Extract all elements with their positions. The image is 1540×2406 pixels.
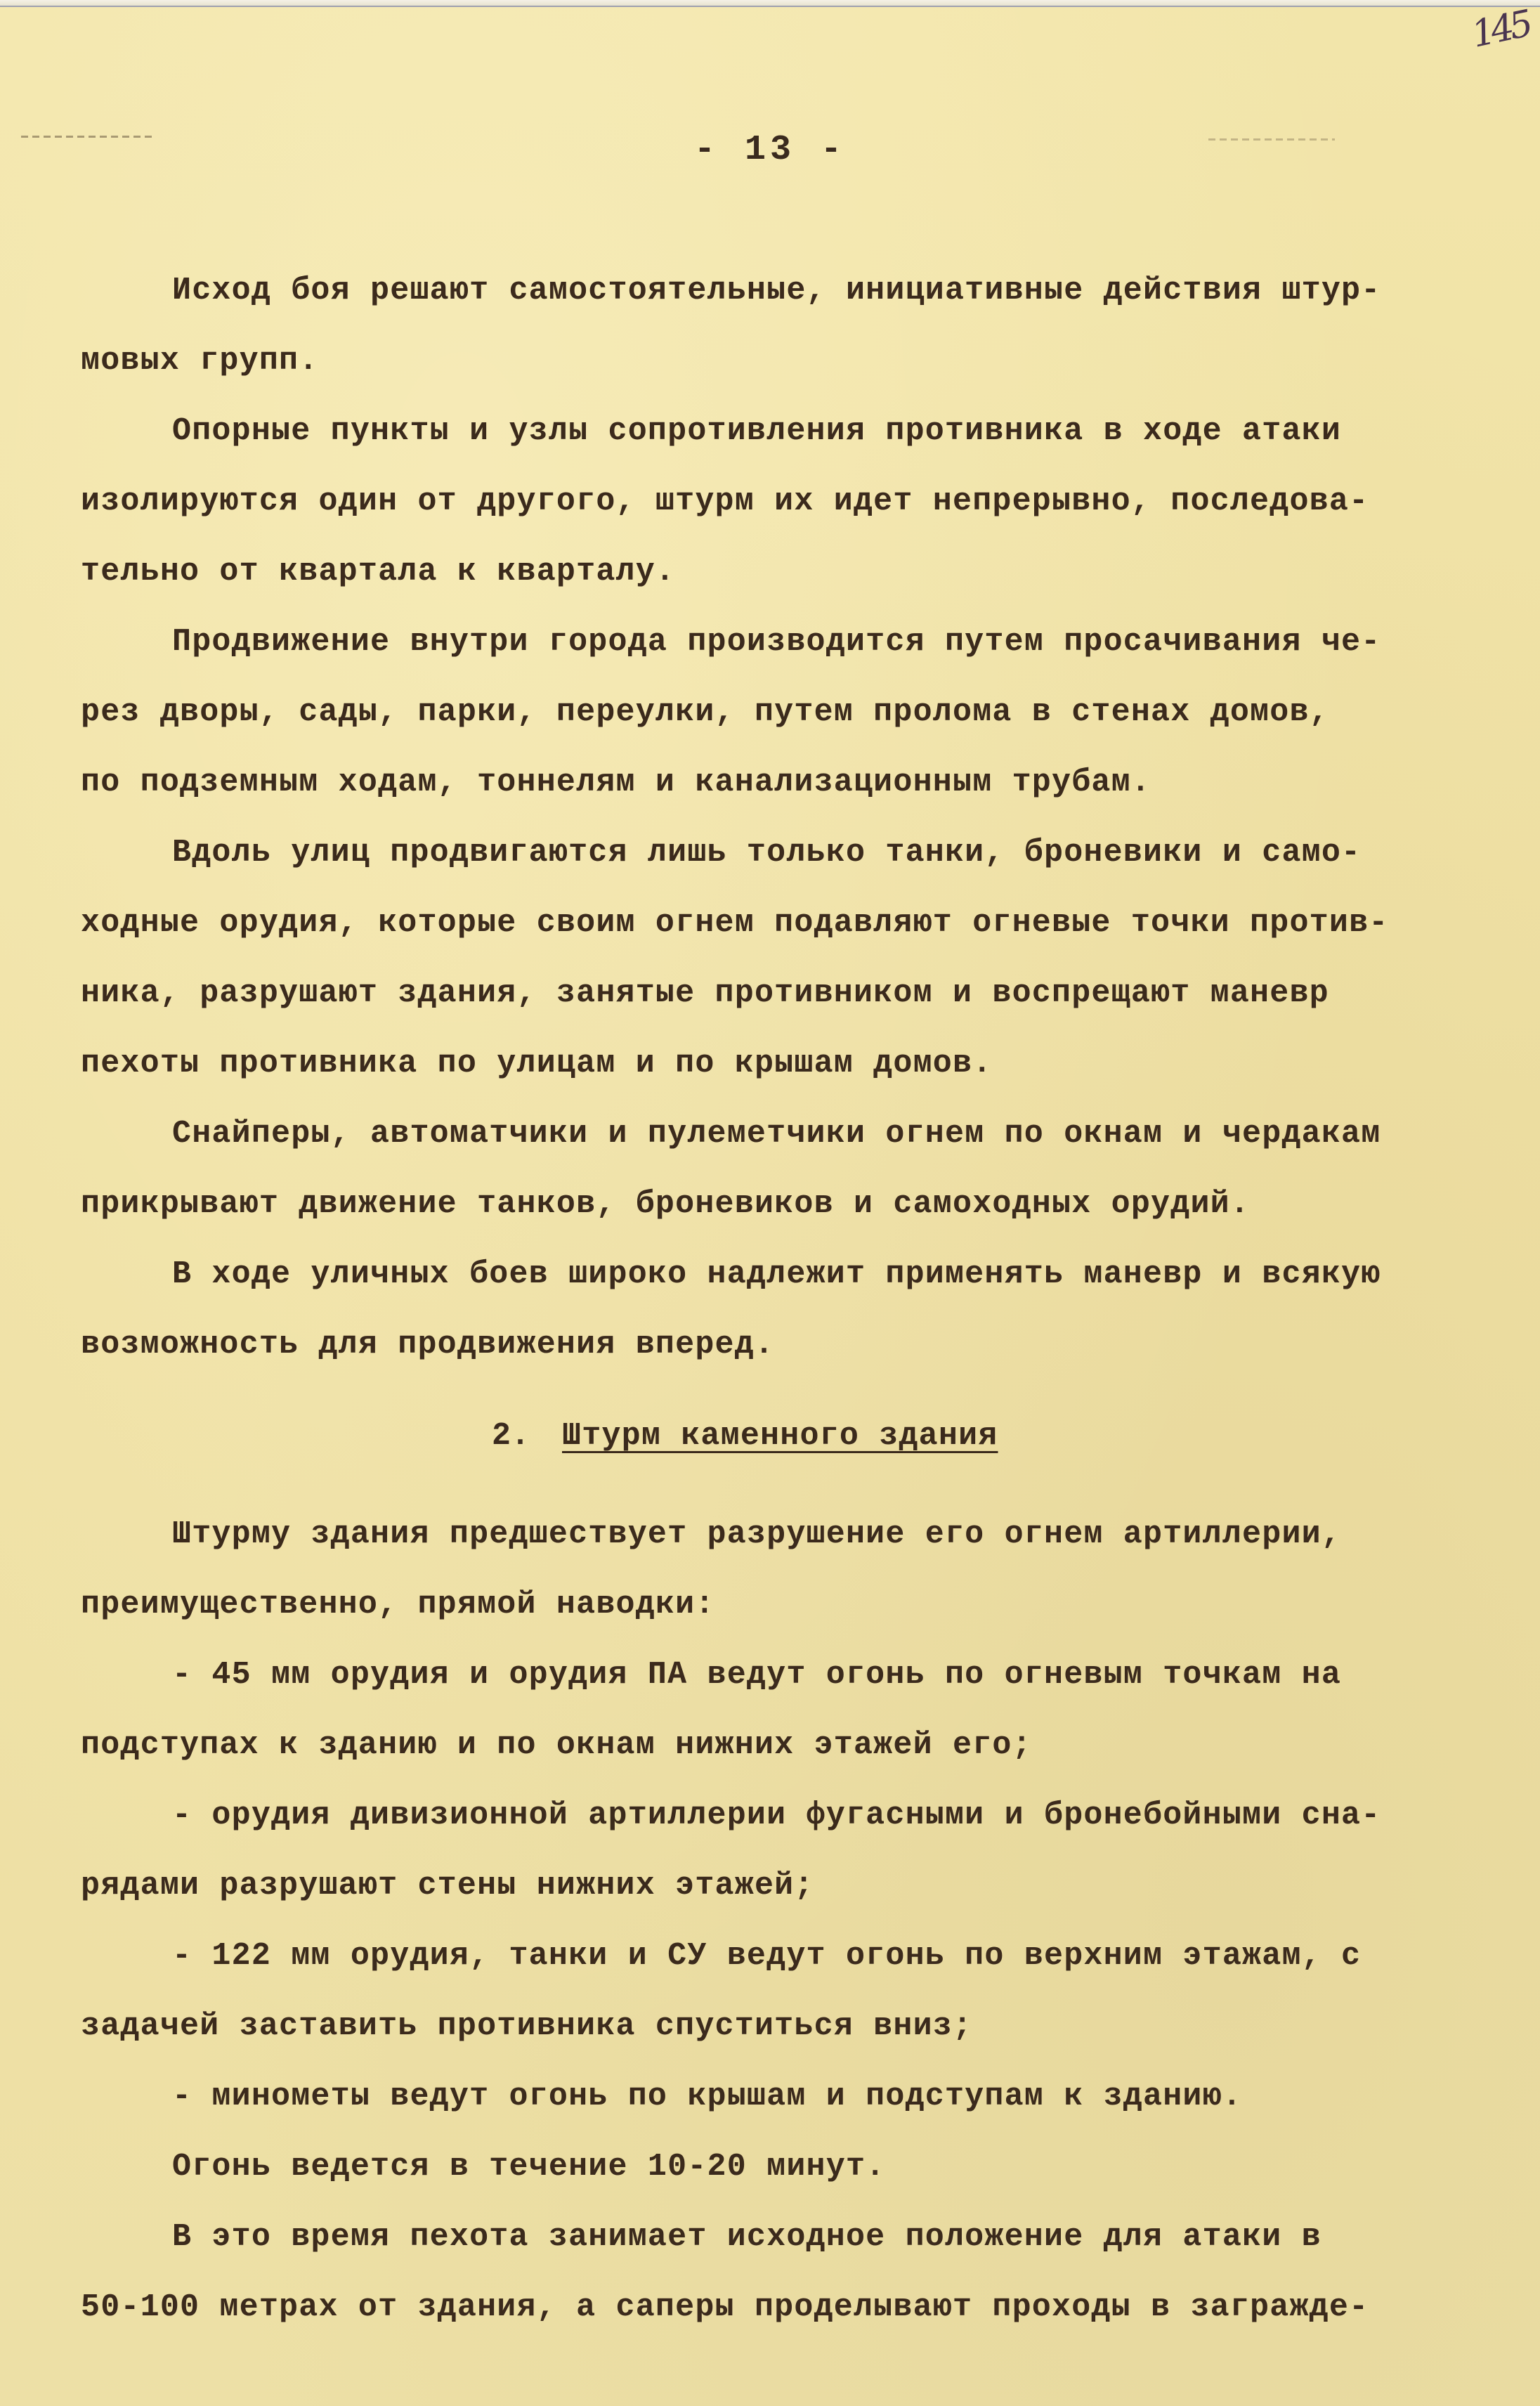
text-line: преимущественно, прямой наводки: [81, 1587, 715, 1623]
text-line: Исход боя решают самостоятельные, инициа… [172, 273, 1381, 308]
text-line: Продвижение внутри города производится п… [172, 624, 1381, 660]
text-line: рез дворы, сады, парки, переулки, путем … [81, 694, 1329, 730]
text-line: В это время пехота занимает исходное пол… [172, 2219, 1322, 2255]
section-number: 2. [492, 1418, 530, 1454]
text-line: В ходе уличных боев широко надлежит прим… [172, 1256, 1381, 1292]
text-line: рядами разрушают стены нижних этажей; [81, 1868, 814, 1904]
text-line: Опорные пункты и узлы сопротивления прот… [172, 413, 1341, 449]
text-line: - орудия дивизионной артиллерии фугасным… [172, 1797, 1381, 1833]
text-line: возможность для продвижения вперед. [81, 1327, 774, 1363]
section-heading: Штурм каменного здания [562, 1418, 998, 1454]
text-line: задачей заставить противника спуститься … [81, 2008, 972, 2044]
text-line: - 45 мм орудия и орудия ПА ведут огонь п… [172, 1657, 1341, 1693]
text-line: прикрывают движение танков, броневиков и… [81, 1186, 1250, 1222]
text-line: Снайперы, автоматчики и пулеметчики огне… [172, 1116, 1381, 1152]
text-line: ходные орудия, которые своим огнем подав… [81, 905, 1389, 941]
text-line: пехоты противника по улицам и по крышам … [81, 1046, 992, 1081]
page-top-edge [0, 0, 1540, 7]
text-line: 50-100 метрах от здания, а саперы продел… [81, 2289, 1369, 2325]
text-line: мовых групп. [81, 343, 318, 379]
text-line: Огонь ведется в течение 10-20 минут. [172, 2149, 885, 2185]
text-line: тельно от квартала к кварталу. [81, 554, 675, 590]
text-line: Штурму здания предшествует разрушение ег… [172, 1516, 1341, 1552]
text-line: - 122 мм орудия, танки и СУ ведут огонь … [172, 1938, 1361, 1974]
text-line: ника, разрушают здания, занятые противни… [81, 975, 1329, 1011]
text-line: изолируются один от другого, штурм их ид… [81, 483, 1369, 519]
page-number: - 13 - [0, 130, 1540, 170]
text-line: - минометы ведут огонь по крышам и подст… [172, 2079, 1242, 2114]
text-line: Вдоль улиц продвигаются лишь только танк… [172, 835, 1361, 871]
text-line: по подземным ходам, тоннелям и канализац… [81, 765, 1151, 800]
text-line: подступах к зданию и по окнам нижних эта… [81, 1727, 1032, 1763]
